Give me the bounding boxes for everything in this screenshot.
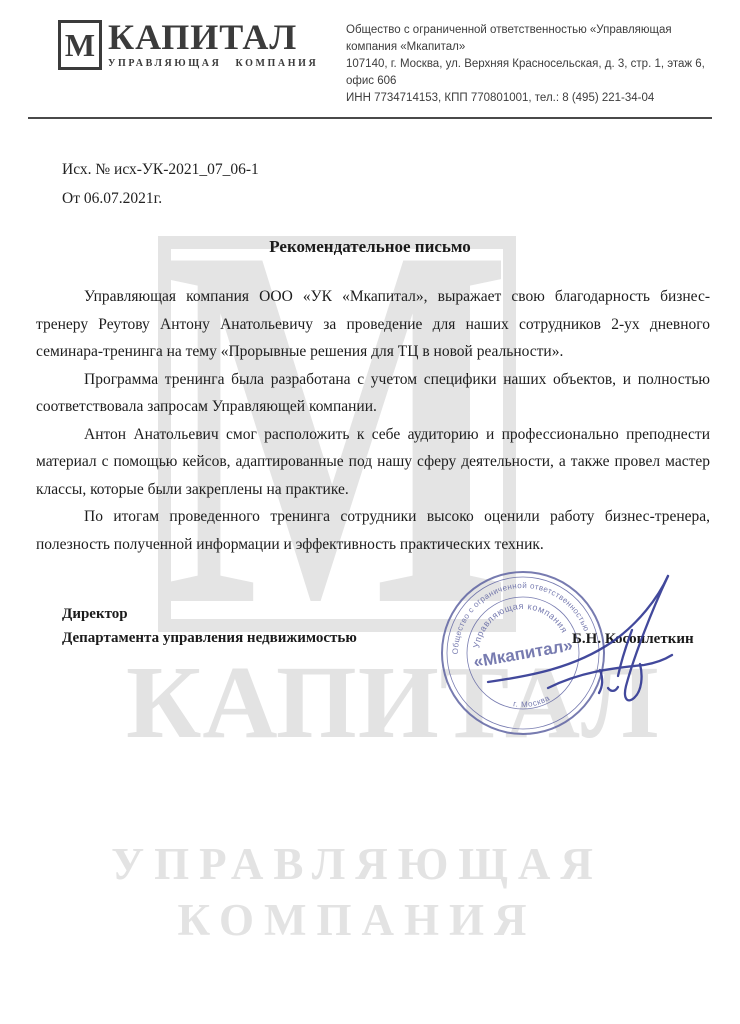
letter-page: М КАПИТАЛ УПРАВЛЯЮЩАЯ КОМПАНИЯ М КАПИТАЛ… [0,0,740,1024]
logo-text: КАПИТАЛ УПРАВЛЯЮЩАЯ КОМПАНИЯ [108,18,318,69]
letterhead: М КАПИТАЛ УПРАВЛЯЮЩАЯ КОМПАНИЯ Общество … [0,0,740,107]
watermark-kapital: КАПИТАЛ [126,648,646,757]
paragraph-1: Управляющая компания ООО «УК «Мкапитал»,… [36,283,710,366]
reference-block: Исх. № исх-УК-2021_07_06-1 От 06.07.2021… [62,155,740,213]
stamp-bottom-text: г. Москва [511,693,552,712]
signer-position-line1: Директор [62,602,357,626]
logo-name: КАПИТАЛ [108,18,318,56]
watermark-company-line1: УПРАВЛЯЮЩАЯ [0,836,714,892]
stamp-center-text: «Мкапитал» [472,635,574,671]
company-inn-phone: ИНН 7734714153, КПП 770801001, тел.: 8 (… [346,90,712,107]
company-details: Общество с ограниченной ответственностью… [346,18,712,107]
watermark-company-line2: КОМПАНИЯ [0,892,714,948]
watermark-company: УПРАВЛЯЮЩАЯ КОМПАНИЯ [0,836,714,948]
stamp-outer-ring-text: Общество с ограниченной ответственностью [440,570,591,656]
signer-position-line2: Департамента управления недвижимостью [62,626,357,650]
paragraph-3: Антон Анатольевич смог расположить к себ… [36,421,710,504]
paragraph-4: По итогам проведенного тренинга сотрудни… [36,503,710,558]
header-divider [28,117,712,119]
company-legal-name: Общество с ограниченной ответственностью… [346,22,712,56]
stamp-inner-ring-text: Управляющая компания [465,593,570,650]
company-logo: М КАПИТАЛ УПРАВЛЯЮЩАЯ КОМПАНИЯ [58,18,330,107]
paragraph-2: Программа тренинга была разработана с уч… [36,366,710,421]
logo-subtitle: УПРАВЛЯЮЩАЯ КОМПАНИЯ [108,58,318,69]
company-address: 107140, г. Москва, ул. Верхняя Красносел… [346,56,712,90]
company-stamp-seal: Общество с ограниченной ответственностью… [422,552,624,754]
logo-m-icon: М [58,20,102,70]
letter-date: От 06.07.2021г. [62,184,740,213]
document-title: Рекомендательное письмо [0,237,740,257]
letter-body: Управляющая компания ООО «УК «Мкапитал»,… [36,283,710,558]
signer-position: Директор Департамента управления недвижи… [62,602,357,650]
outgoing-number: Исх. № исх-УК-2021_07_06-1 [62,155,740,184]
signer-name: Б.Н. Косоплеткин [572,631,694,648]
